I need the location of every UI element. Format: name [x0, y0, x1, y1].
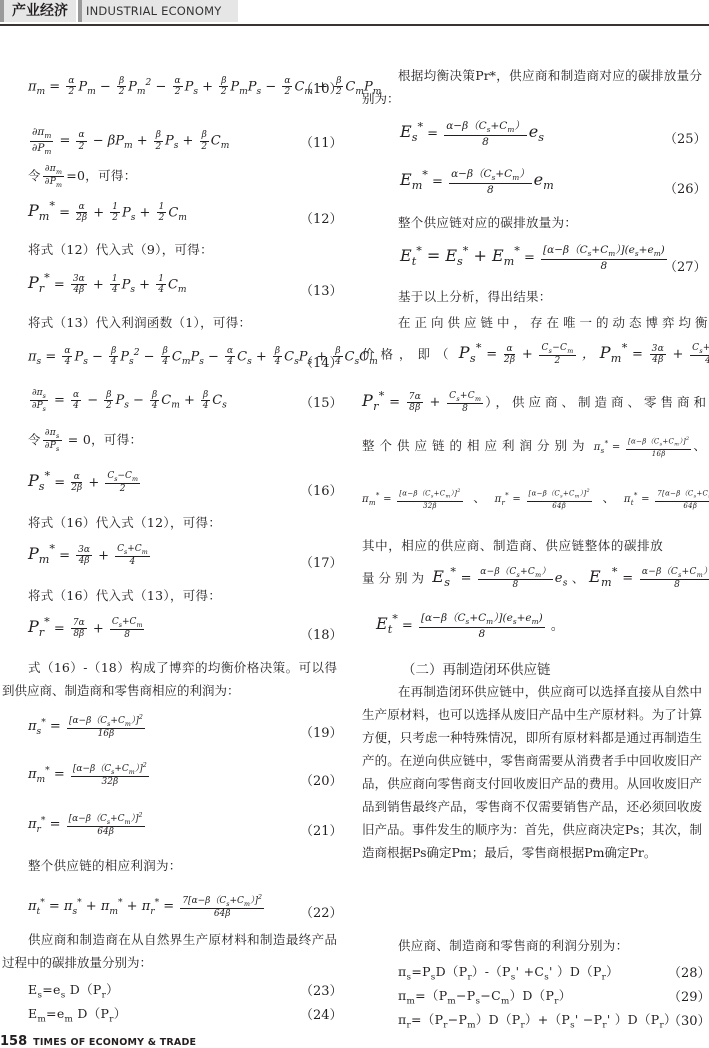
equation-17: Pm* = 3α4β + Cs+Cm4	[28, 543, 152, 568]
text-line: 在正向供应链中，存在唯一的动态博弈均衡	[398, 313, 709, 331]
equation-11: ∂πm∂Pm = α2 − βPm + β2Ps + β2Cm	[28, 126, 229, 156]
equation-number: （19）	[300, 722, 343, 741]
section-title-en: INDUSTRIAL ECONOMY	[82, 0, 238, 22]
text-line: 将式（12）代入式（9），可得：	[28, 240, 213, 258]
equation-30: πr=（Pr−Pm）D（Pr）+（Ps' −Pr' ）D（Pr）	[398, 1010, 677, 1031]
equation-number: （30）	[668, 1010, 709, 1029]
equation-25: Es* = α−β（Cs+Cm）8es	[400, 120, 544, 148]
text-line: 整个供应链对应的碳排放量为：	[398, 213, 577, 231]
page-number: 158	[0, 1034, 27, 1048]
equation-number: （24）	[300, 1004, 343, 1023]
equation-28: πs=PsD（Pr）-（Ps' +Cs' ）D（Pr）	[398, 962, 619, 983]
equation-24: Em=em D（Pr）	[28, 1004, 127, 1025]
text-line: Pr* = 7α8β + Cs+Cm8），供应商、制造商、零售商和	[362, 390, 709, 415]
page-footer: 158TIMES OF ECONOMY & TRADE	[0, 1030, 196, 1048]
equation-number: （20）	[300, 770, 343, 789]
equation-15: ∂πs∂Ps = α4 − β2Ps − β4Cm + β4Cs	[28, 388, 227, 413]
text-line: 价格，即（ Ps* = α2β + Cs−Cm2 ， Pm* = 3α4β + …	[362, 342, 709, 367]
equation-21: πr* = [α−β（Cs+Cm）]264β	[28, 812, 147, 837]
equation-26: Em* = α−β（Cs+Cm）8em	[400, 168, 554, 196]
equation-et-star: Et* = [α−β（Cs+Cm）](es+em)8 。	[376, 612, 564, 640]
denominator: 64β	[67, 827, 145, 837]
text-line: 将式（16）代入式（12），可得：	[28, 513, 221, 531]
text-line: 令∂πs∂Ps = 0，可得：	[28, 428, 142, 453]
text-line: 将式（16）代入式（13），可得：	[28, 586, 221, 604]
paragraph: 式（16）-（18）构成了博弈的均衡价格决策。可以得到供应商、制造商和零售商相应…	[2, 656, 337, 702]
equation-number: （21）	[300, 820, 343, 839]
equation-number: （14）	[300, 352, 343, 371]
text-fragment: 令	[28, 432, 41, 447]
equation-number: （10）	[300, 78, 343, 97]
text-fragment: ），供应商、制造商、零售商和	[485, 394, 709, 409]
text-line: 其中，相应的供应商、制造商、供应链整体的碳排放	[362, 536, 663, 554]
text-line: 将式（13）代入利润函数（1），可得：	[28, 313, 251, 331]
text-line: 量分别为 Es* = α−β（Cs+Cm）8es 、 Em* = α−β（Cs+…	[362, 566, 709, 591]
denominator: 32β	[71, 777, 149, 787]
text-line: 基于以上分析，得出结果：	[398, 287, 552, 305]
text-fragment: 量分别为	[362, 570, 428, 585]
equation-number: （25）	[664, 128, 707, 147]
running-header: 产业经济 INDUSTRIAL ECONOMY	[0, 0, 709, 26]
equation-18: Pr* = 7α8β + Cs+Cm8	[28, 616, 146, 641]
text-fragment: 整个供应链的相应利润分别为	[362, 438, 590, 453]
equation-number: （28）	[668, 962, 709, 981]
equation-22: πt* = πs* + πm* + πr* = 7[α−β（Cs+Cm）]264…	[28, 894, 266, 919]
equation-number: （16）	[300, 480, 343, 499]
text-fragment: 令	[28, 168, 41, 183]
equation-20: πm* = [α−β（Cs+Cm）]232β	[28, 762, 151, 787]
equation-number: （13）	[300, 280, 343, 299]
equation-number: （17）	[300, 552, 343, 571]
equation-23: Es=es D（Pr）	[28, 980, 119, 1001]
equation-27: Et* = Es* + Em* = [α−β（Cs+Cm）](es+em)8	[400, 244, 669, 272]
equation-12: Pm* = α2β + 12Ps + 12Cm	[28, 200, 187, 224]
paragraph: 根据均衡决策Pr*，供应商和制造商对应的碳排放量分别为：	[362, 64, 702, 110]
text-line: πm* = [α−β（Cs+Cm）]232β 、 πr* = [α−β（Cs+C…	[362, 488, 709, 510]
section-title-cn: 产业经济	[4, 0, 76, 22]
paragraph: 在再制造闭环供应链中，供应商可以选择直接从自然中生产原材料，也可以选择从废旧产品…	[362, 680, 702, 864]
equation-number: （29）	[668, 986, 709, 1005]
equation-number: （18）	[300, 624, 343, 643]
text-fragment: =0，可得：	[66, 168, 136, 183]
equation-number: （23）	[300, 980, 343, 999]
text-fragment: = 0，可得：	[64, 432, 143, 447]
equation-number: （26）	[664, 178, 707, 197]
text-line: 整个供应链的相应利润分别为 πs* = [α−β（Cs+Cm）]216β、	[362, 436, 706, 458]
equation-number: （15）	[300, 392, 343, 411]
equation-number: （12）	[300, 208, 343, 227]
text-line: 令∂πm∂Pm=0，可得：	[28, 164, 137, 189]
journal-name: TIMES OF ECONOMY & TRADE	[33, 1037, 196, 1048]
equation-number: （27）	[664, 256, 707, 275]
text-fragment: 价格，即（	[362, 346, 455, 361]
paragraph: 供应商和制造商在从自然界生产原材料和制造最终产品过程中的碳排放量分别为：	[2, 928, 337, 974]
equation-number: （11）	[300, 132, 343, 151]
denominator: 16β	[67, 729, 145, 739]
text-line: 供应商、制造商和零售商的利润分别为：	[398, 936, 628, 954]
header-rule	[0, 24, 709, 26]
equation-13: Pr* = 3α4β + 14Ps + 14Cm	[28, 272, 187, 296]
equation-16: Ps* = α2β + Cs−Cm2	[28, 470, 142, 495]
equation-number: （22）	[300, 902, 343, 921]
denominator: 64β	[180, 909, 264, 919]
text-line: 整个供应链的相应利润为：	[28, 856, 182, 874]
equation-29: πm=（Pm−Ps−Cm）D（Pr）	[398, 986, 572, 1007]
equation-19: πs* = [α−β（Cs+Cm）]216β	[28, 714, 147, 739]
section-heading: （二）再制造闭环供应链	[402, 658, 551, 678]
